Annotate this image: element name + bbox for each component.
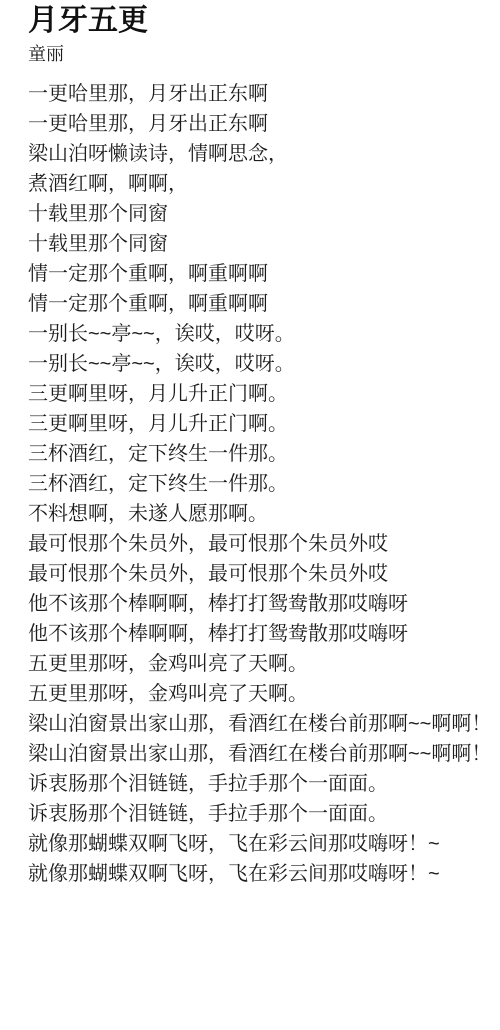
artist-name: 童丽 — [28, 42, 500, 66]
lyric-line: 一更哈里那，月牙出正东啊 — [28, 79, 500, 109]
lyric-line: 不料想啊，未遂人愿那啊。 — [28, 499, 500, 529]
lyric-line: 梁山泊窗景出家山那，看酒红在楼台前那啊~~啊啊！ — [28, 739, 500, 769]
lyric-line: 他不该那个棒啊啊，棒打打鸳鸯散那哎嗨呀 — [28, 589, 500, 619]
lyric-line: 煮酒红啊，啊啊， — [28, 169, 500, 199]
lyrics-page: 月牙五更 童丽 一更哈里那，月牙出正东啊一更哈里那，月牙出正东啊梁山泊呀懒读诗，… — [0, 0, 500, 1030]
lyric-line: 诉衷肠那个泪链链，手拉手那个一面面。 — [28, 799, 500, 829]
lyric-line: 情一定那个重啊，啊重啊啊 — [28, 289, 500, 319]
lyric-line: 梁山泊呀懒读诗，情啊思念， — [28, 139, 500, 169]
lyric-line: 就像那蝴蝶双啊飞呀，飞在彩云间那哎嗨呀！~ — [28, 829, 500, 859]
lyric-line: 最可恨那个朱员外，最可恨那个朱员外哎 — [28, 529, 500, 559]
lyric-line: 三更啊里呀，月儿升正门啊。 — [28, 379, 500, 409]
lyric-line: 最可恨那个朱员外，最可恨那个朱员外哎 — [28, 559, 500, 589]
lyrics-body: 一更哈里那，月牙出正东啊一更哈里那，月牙出正东啊梁山泊呀懒读诗，情啊思念，煮酒红… — [28, 79, 500, 889]
lyric-line: 一别长~~亭~~，诶哎，哎呀。 — [28, 319, 500, 349]
lyric-line: 三更啊里呀，月儿升正门啊。 — [28, 409, 500, 439]
lyric-line: 他不该那个棒啊啊，棒打打鸳鸯散那哎嗨呀 — [28, 619, 500, 649]
lyric-line: 十载里那个同窗 — [28, 199, 500, 229]
lyric-line: 梁山泊窗景出家山那，看酒红在楼台前那啊~~啊啊！ — [28, 709, 500, 739]
lyric-line: 五更里那呀，金鸡叫亮了天啊。 — [28, 679, 500, 709]
song-title: 月牙五更 — [28, 2, 500, 40]
lyric-line: 诉衷肠那个泪链链，手拉手那个一面面。 — [28, 769, 500, 799]
lyric-line: 三杯酒红，定下终生一件那。 — [28, 439, 500, 469]
lyric-line: 十载里那个同窗 — [28, 229, 500, 259]
lyric-line: 三杯酒红，定下终生一件那。 — [28, 469, 500, 499]
lyric-line: 一别长~~亭~~，诶哎，哎呀。 — [28, 349, 500, 379]
lyric-line: 五更里那呀，金鸡叫亮了天啊。 — [28, 649, 500, 679]
lyric-line: 情一定那个重啊，啊重啊啊 — [28, 259, 500, 289]
lyric-line: 一更哈里那，月牙出正东啊 — [28, 109, 500, 139]
lyric-line: 就像那蝴蝶双啊飞呀，飞在彩云间那哎嗨呀！~ — [28, 859, 500, 889]
